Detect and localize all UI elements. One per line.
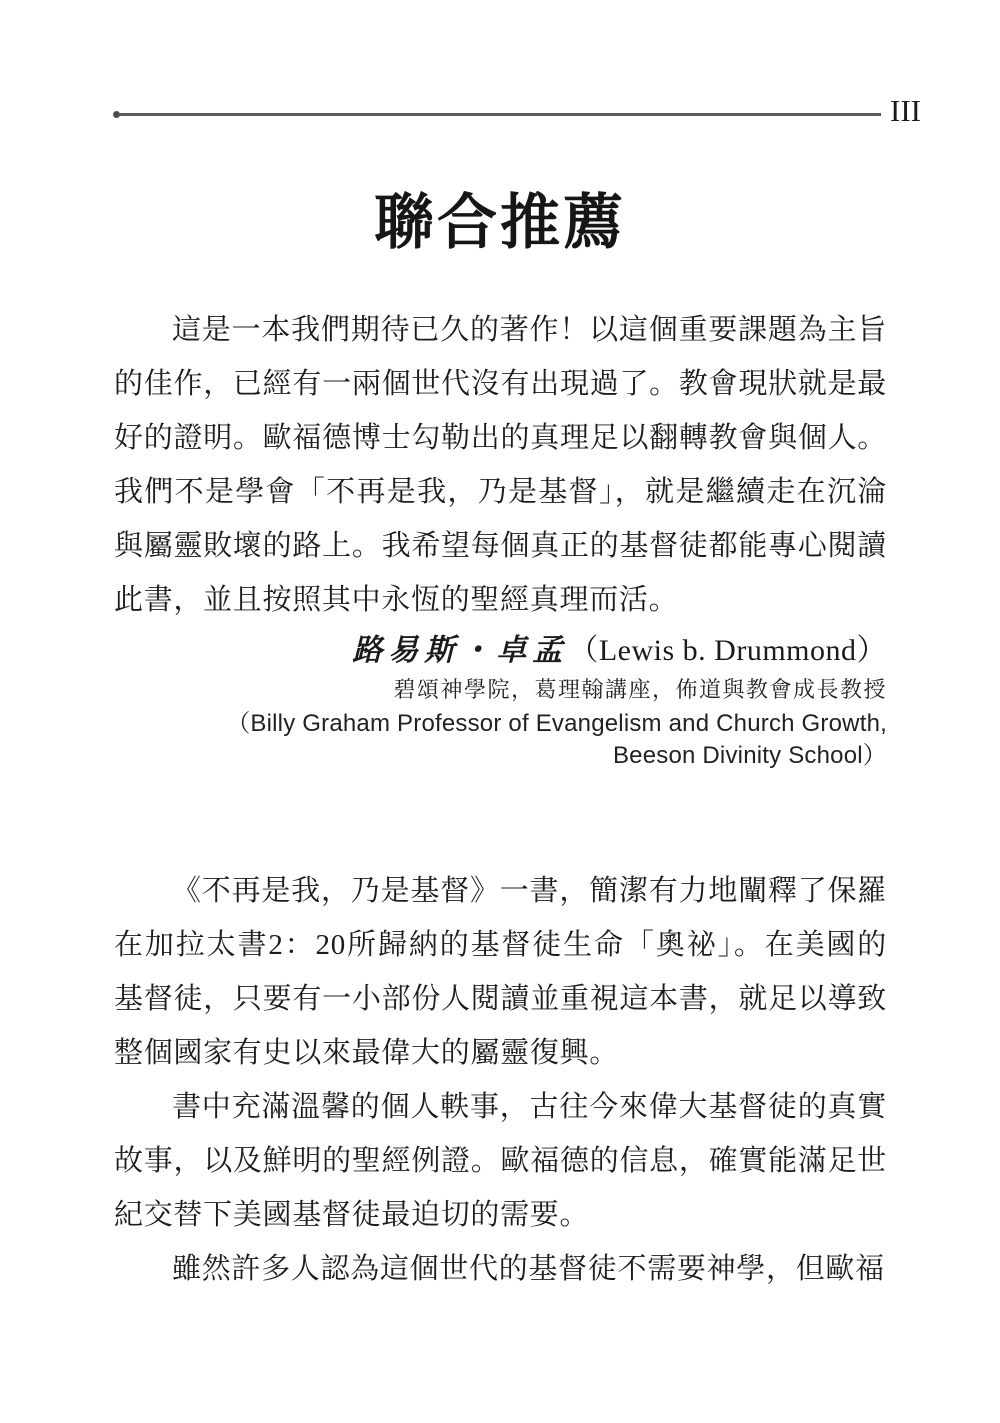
recommendation-1-paragraph: 這是一本我們期待已久的著作！以這個重要課題為主旨的佳作，已經有一兩個世代沒有出現… — [114, 303, 887, 627]
author-name-en: （Lewis b. Drummond） — [568, 634, 887, 667]
affiliation-zh: 碧頌神學院，葛理翰講座，佈道與教會成長教授 — [114, 672, 887, 708]
recommendation-2-paragraph-2: 書中充滿溫馨的個人軼事，古往今來偉大基督徒的真實故事，以及鮮明的聖經例證。歐福德… — [114, 1080, 887, 1242]
header-rule — [118, 113, 881, 116]
attribution-block: 路易斯・卓孟（Lewis b. Drummond） 碧頌神學院，葛理翰講座，佈道… — [114, 630, 887, 772]
page-number: III — [890, 98, 921, 124]
recommendation-2-paragraph-3: 雖然許多人認為這個世代的基督徒不需要神學，但歐福 — [114, 1242, 887, 1296]
author-name-zh: 路易斯・卓孟 — [352, 634, 568, 667]
page-header: III — [113, 100, 921, 126]
affiliation-en-line1: （Billy Graham Professor of Evangelism an… — [114, 708, 887, 740]
recommendation-2-paragraph-1: 《不再是我，乃是基督》一書，簡潔有力地闡釋了保羅在加拉太書2：20所歸納的基督徒… — [114, 864, 887, 1080]
affiliation-en-line2: Beeson Divinity School） — [114, 740, 887, 772]
author-line: 路易斯・卓孟（Lewis b. Drummond） — [114, 630, 887, 672]
recommendation-2-block: 《不再是我，乃是基督》一書，簡潔有力地闡釋了保羅在加拉太書2：20所歸納的基督徒… — [114, 864, 887, 1296]
book-page: III 聯合推薦 這是一本我們期待已久的著作！以這個重要課題為主旨的佳作，已經有… — [0, 0, 1000, 1423]
page-title: 聯合推薦 — [0, 168, 1000, 278]
